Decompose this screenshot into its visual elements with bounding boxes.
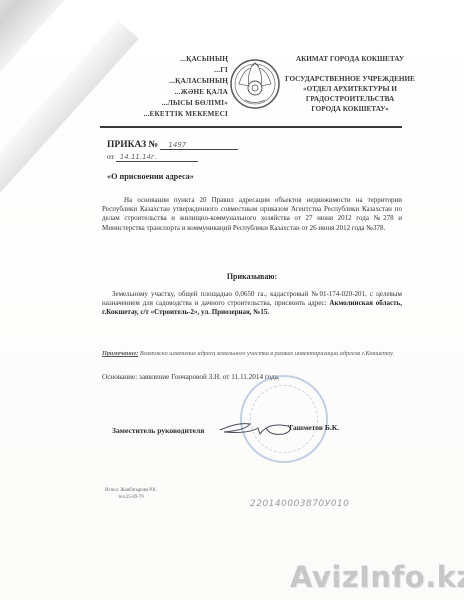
header-right-line: ГОСУДАРСТВЕННОЕ УЧРЕЖДЕНИЕ	[285, 74, 415, 84]
order-number: ПРИКАЗ № 1497	[107, 140, 238, 150]
header-left-line: ...ҚАЛАСЫНЫҢ	[120, 76, 228, 87]
basis-line: Основание: заявление Гончаровой З.Н. от …	[102, 373, 280, 381]
header-right-line: ГРАДОСТРОИТЕЛЬСТВА	[285, 94, 415, 104]
site-watermark: AvizInfo.kz	[290, 560, 464, 594]
handwritten-signature-icon	[218, 416, 298, 442]
preamble-paragraph: На основании пункта 20 Правил адресации …	[102, 196, 402, 233]
page-fold-highlight	[0, 20, 139, 306]
note-label: Примечание:	[102, 350, 138, 357]
state-emblem-icon	[229, 58, 281, 110]
header-divider	[100, 126, 402, 128]
order-date-value: 14.11.14г.	[116, 153, 198, 162]
executor-info: Испол. Жанбатырова Р.К. тел.25-69-79	[105, 487, 157, 501]
note-text: Возможно изменение адреса земельного уча…	[138, 350, 394, 357]
header-left-line: ...ЕКЕТТІК МЕКЕМЕСІ	[120, 109, 228, 120]
order-number-value: 1497	[160, 141, 238, 150]
header-right-line: ГОРОДА КОКШЕТАУ»	[285, 104, 415, 114]
order-date: от 14.11.14г.	[107, 152, 198, 162]
executor-name: Испол. Жанбатырова Р.К.	[105, 487, 157, 494]
header-right-title: АКИМАТ ГОРОДА КОКШЕТАУ	[285, 54, 415, 64]
signatory-position: Заместитель руководителя	[112, 426, 204, 435]
header-left-line: ...ГІ	[120, 65, 228, 76]
registry-number: 220140003870У010	[250, 499, 349, 509]
order-paragraph: Земельному участку, общей площадью 0,065…	[102, 290, 402, 318]
header-left-line: ...ЖӘНЕ ҚАЛА	[120, 87, 228, 98]
signatory-name: Ташметов Б.К.	[288, 423, 339, 432]
header-kazakh-block: ...ҚАСЫНЫҢ ...ГІ ...ҚАЛАСЫНЫҢ ...ЖӘНЕ ҚА…	[120, 54, 228, 120]
executor-phone: тел.25-69-79	[105, 494, 157, 501]
order-label: ПРИКАЗ №	[107, 140, 158, 150]
header-left-line: ...ҚАСЫНЫҢ	[120, 54, 228, 65]
document-page: ...ҚАСЫНЫҢ ...ГІ ...ҚАЛАСЫНЫҢ ...ЖӘНЕ ҚА…	[0, 0, 464, 600]
order-date-label: от	[107, 152, 114, 161]
note: Примечание: Возможно изменение адреса зе…	[102, 350, 402, 358]
header-russian-block: АКИМАТ ГОРОДА КОКШЕТАУ ГОСУДАРСТВЕННОЕ У…	[285, 54, 415, 114]
document-subject: «О присвоении адреса»	[107, 172, 194, 181]
header-left-line: ...ЛЫСЫ БӨЛІМІ»	[120, 98, 228, 109]
order-heading: Приказываю:	[102, 272, 402, 281]
header-right-line: «ОТДЕЛ АРХИТЕКТУРЫ И	[285, 84, 415, 94]
